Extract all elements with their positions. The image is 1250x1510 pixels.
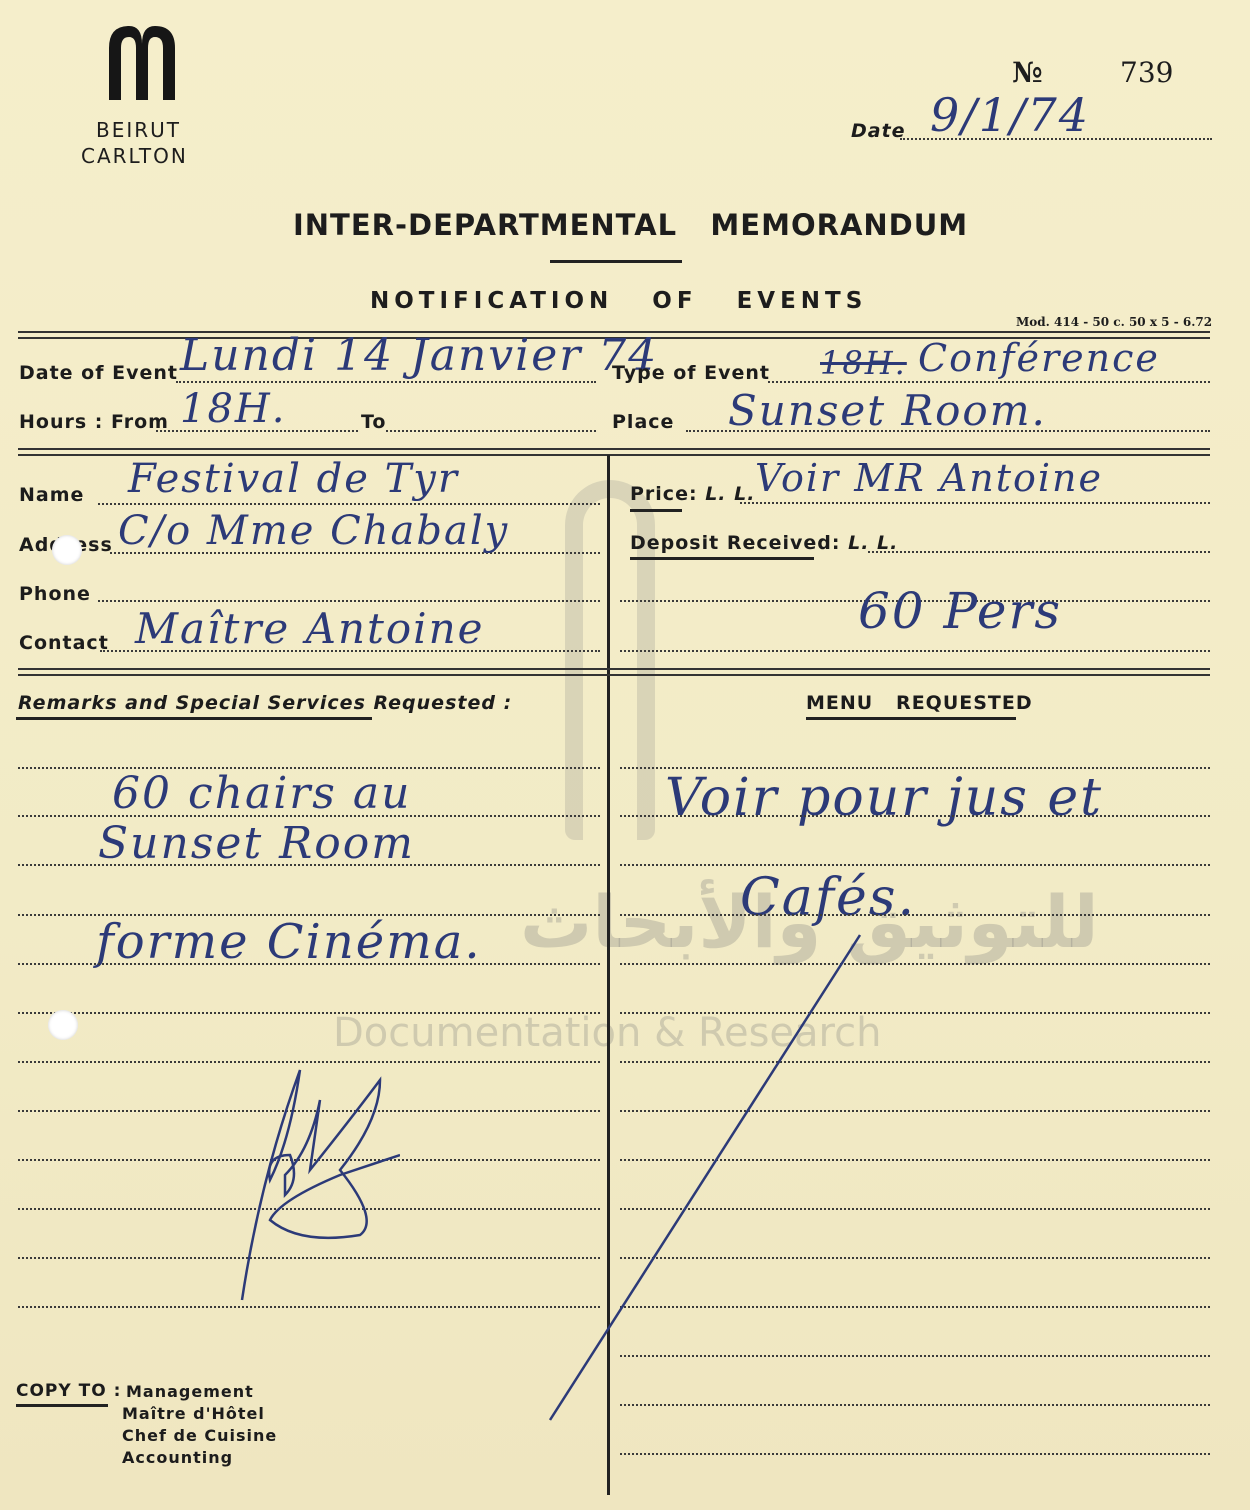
copy-to-label: COPY TO :	[16, 1381, 121, 1401]
hours-to-label: To	[361, 411, 387, 433]
remarks-line-1[interactable]: 60 chairs au	[112, 768, 411, 819]
section-divider-lower	[18, 668, 1210, 676]
date-label: Date	[851, 120, 906, 142]
price-label: Price: L. L.	[630, 483, 755, 505]
punch-hole-bottom	[48, 1010, 78, 1040]
brand-line-2: CARLTON	[81, 144, 188, 168]
remarks-heading-underline	[16, 717, 372, 720]
menu-line-1[interactable]: Voir pour jus et	[665, 768, 1103, 828]
date-value[interactable]: 9/1/74	[930, 88, 1090, 142]
event-date-line	[176, 381, 596, 383]
phone-line	[98, 600, 600, 602]
deposit-underline	[630, 557, 814, 560]
hours-from-value[interactable]: 18H.	[180, 386, 287, 432]
remarks-line-2[interactable]: Sunset Room	[98, 818, 415, 869]
price-underline	[630, 509, 682, 512]
name-line	[98, 503, 600, 505]
menu-line-2[interactable]: Cafés.	[740, 868, 916, 928]
place-value[interactable]: Sunset Room.	[728, 386, 1047, 435]
contact-label: Contact	[19, 632, 109, 654]
signature-icon	[230, 1060, 400, 1310]
place-label: Place	[612, 411, 674, 433]
copy-to-recipient-2: Maître d'Hôtel	[122, 1404, 265, 1423]
hours-to-line	[386, 430, 596, 432]
remarks-heading: Remarks and Special Services Requested :	[18, 692, 512, 714]
memo-number-value: 739	[1120, 56, 1173, 89]
event-date-label: Date of Event	[19, 362, 178, 384]
punch-hole-top	[52, 535, 82, 565]
brand-line-1: BEIRUT	[96, 118, 181, 142]
event-type-struck: 18H.	[820, 344, 907, 382]
payment-extra-value[interactable]: 60 Pers	[858, 582, 1062, 640]
cancel-stroke-icon	[540, 930, 880, 1430]
menu-heading-underline	[806, 717, 1016, 720]
beirut-carlton-logo-icon	[103, 20, 181, 100]
event-type-value[interactable]: Conférence	[918, 336, 1160, 380]
price-label-text: Price:	[630, 483, 698, 505]
payment-extra-line-2	[620, 650, 1210, 652]
title-underline	[550, 260, 682, 263]
contact-value[interactable]: Maître Antoine	[135, 604, 485, 653]
memo-number-label: №	[1012, 56, 1042, 89]
section-divider-middle	[18, 448, 1210, 456]
phone-label: Phone	[19, 583, 91, 605]
deposit-line	[868, 551, 1210, 553]
name-value[interactable]: Festival de Tyr	[128, 456, 459, 502]
address-value[interactable]: C/o Mme Chabaly	[118, 508, 509, 554]
menu-heading: MENU REQUESTED	[806, 692, 1033, 714]
remarks-line-3[interactable]: forme Cinéma.	[96, 914, 482, 970]
name-label: Name	[19, 484, 84, 506]
event-type-label: Type of Event	[612, 362, 770, 384]
price-line	[740, 502, 1210, 504]
price-value[interactable]: Voir MR Antoine	[755, 456, 1103, 500]
page-subtitle: NOTIFICATION OF EVENTS	[370, 288, 867, 314]
form-code: Mod. 414 - 50 c. 50 x 5 - 6.72	[1016, 315, 1212, 329]
copy-to-recipient-1: Management	[126, 1382, 254, 1401]
page-title: INTER-DEPARTMENTAL MEMORANDUM	[293, 208, 968, 242]
deposit-label: Deposit Received: L. L.	[630, 532, 898, 554]
event-date-value[interactable]: Lundi 14 Janvier 74	[180, 330, 658, 381]
copy-to-recipient-4: Accounting	[122, 1448, 233, 1467]
copy-to-underline	[16, 1404, 108, 1407]
memo-paper: للتوثيق والأبحاث Documentation & Researc…	[0, 0, 1250, 1510]
hours-from-label: Hours : From	[19, 411, 169, 433]
copy-to-recipient-3: Chef de Cuisine	[122, 1426, 277, 1445]
deposit-label-text: Deposit Received:	[630, 532, 840, 554]
